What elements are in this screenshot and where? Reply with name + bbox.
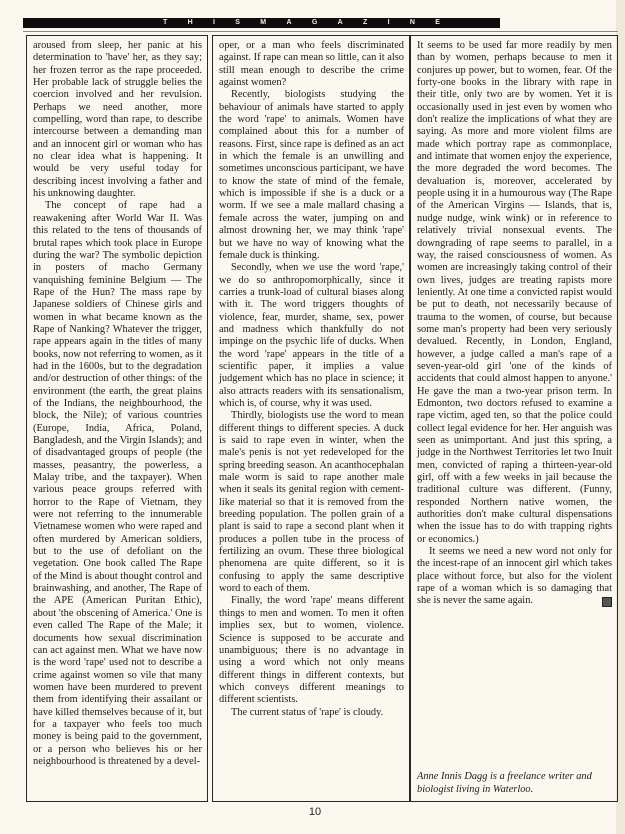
header-letter: A <box>338 18 343 28</box>
paragraph: Finally, the word 'rape' means different… <box>219 595 404 706</box>
magazine-header-bar: T H I S M A G A Z I N E <box>23 18 500 28</box>
header-letter: M <box>260 18 266 28</box>
header-letter: A <box>286 18 291 28</box>
article-column-3: It seems to be used far more readily by … <box>410 35 618 802</box>
author-bio: Anne Innis Dagg is a freelance writer an… <box>417 771 611 796</box>
page-number: 10 <box>300 806 330 818</box>
header-letter: T <box>163 18 167 28</box>
paragraph: aroused from sleep, her panic at his det… <box>33 40 202 200</box>
paragraph: It seems we need a new word not only for… <box>417 546 612 608</box>
paragraph: Thirdly, biologists use the word to mean… <box>219 410 404 595</box>
paragraph-text: It seems we need a new word not only for… <box>417 546 612 606</box>
article-column-1: aroused from sleep, her panic at his det… <box>26 35 208 802</box>
header-letter: H <box>188 18 193 28</box>
header-letter: I <box>388 18 390 28</box>
paragraph: The concept of rape had a reawakening af… <box>33 200 202 768</box>
paragraph: It seems to be used far more readily by … <box>417 40 612 546</box>
header-letter: G <box>312 18 317 28</box>
header-letter: N <box>410 18 415 28</box>
paragraph: The current status of 'rape' is cloudy. <box>219 707 404 719</box>
magazine-title: T H I S M A G A Z I N E <box>23 18 500 28</box>
paragraph: oper, or a man who feels discriminated a… <box>219 40 404 89</box>
paragraph: Recently, biologists studying the behavi… <box>219 89 404 262</box>
header-letter: E <box>435 18 440 28</box>
header-letter: S <box>235 18 240 28</box>
header-rule <box>23 31 618 32</box>
header-letter: I <box>213 18 215 28</box>
paragraph: Secondly, when we use the word 'rape,' w… <box>219 262 404 410</box>
article-column-2: oper, or a man who feels discriminated a… <box>212 35 410 802</box>
end-of-article-icon <box>602 597 612 607</box>
header-letter: Z <box>363 18 367 28</box>
